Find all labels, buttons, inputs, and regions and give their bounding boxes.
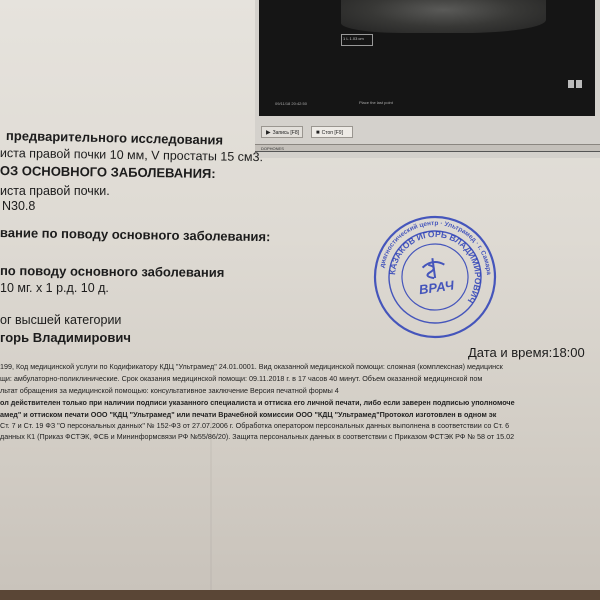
doctor-name: горь Владимирович bbox=[0, 330, 131, 345]
ultrasound-screenshot: 1 L 1.03 cm 09/11/18 20:42:50 Place the … bbox=[255, 0, 600, 158]
diagnosis-text: иста правой почки. bbox=[0, 184, 110, 198]
fine-print-line: данных К1 (Приказ ФСТЭК, ФСБ и Мининформ… bbox=[0, 432, 514, 441]
diagnosis-heading: ОЗ ОСНОВНОГО ЗАБОЛЕВАНИЯ: bbox=[0, 163, 216, 181]
stop-button[interactable]: ■Стоп [F9] bbox=[311, 126, 353, 138]
play-icon: ▶ bbox=[266, 130, 271, 136]
diagnosis-code: N30.8 bbox=[2, 199, 35, 213]
fine-print-line: ол действителен только при наличии подпи… bbox=[0, 398, 515, 407]
probe-controls-icon bbox=[567, 76, 585, 98]
taskbar-label: DOPHONES bbox=[261, 146, 284, 151]
date-time-label: Дата и время:18:00 bbox=[468, 345, 585, 360]
document-page: 1 L 1.03 cm 09/11/18 20:42:50 Place the … bbox=[0, 0, 600, 590]
treatment-heading: по поводу основного заболевания bbox=[0, 263, 224, 280]
doctor-stamp: диагностический центр · Ультрамед · г. С… bbox=[364, 206, 506, 348]
ultrasound-screen: 1 L 1.03 cm 09/11/18 20:42:50 Place the … bbox=[259, 0, 595, 116]
fine-print-line: щи: амбулаторно-поликлинические. Срок ок… bbox=[0, 374, 482, 383]
taskbar: DOPHONES bbox=[255, 144, 600, 152]
svg-text:ВРАЧ: ВРАЧ bbox=[418, 277, 456, 297]
fine-print-line: амед" и оттиском печати ООО "КДЦ "Ультра… bbox=[0, 410, 496, 419]
status-time: 09/11/18 20:42:50 bbox=[275, 101, 307, 106]
caduceus-icon bbox=[421, 257, 446, 280]
hint-text: Place the last point bbox=[359, 100, 393, 105]
treatment-text: 10 мг. х 1 р.д. 10 д. bbox=[0, 281, 109, 295]
stop-icon: ■ bbox=[316, 130, 320, 136]
caliper-readout: 1 L 1.03 cm bbox=[341, 34, 373, 46]
exam-heading: вание по поводу основного заболевания: bbox=[0, 225, 271, 244]
record-button[interactable]: ▶Запись [F8] bbox=[261, 126, 303, 138]
prelim-heading: предварительного исследования bbox=[6, 128, 223, 148]
ultrasound-image bbox=[341, 0, 546, 33]
fine-print-line: 199, Код медицинской услуги по Кодификат… bbox=[0, 362, 503, 371]
doctor-category: ог высшей категории bbox=[0, 313, 121, 327]
prelim-text: иста правой почки 10 мм, V простаты 15 с… bbox=[0, 146, 263, 164]
fine-print-line: Ст. 7 и Ст. 19 ФЗ "О персональных данных… bbox=[0, 421, 509, 430]
fine-print-line: льтат обращения за медицинской помощью: … bbox=[0, 386, 339, 395]
